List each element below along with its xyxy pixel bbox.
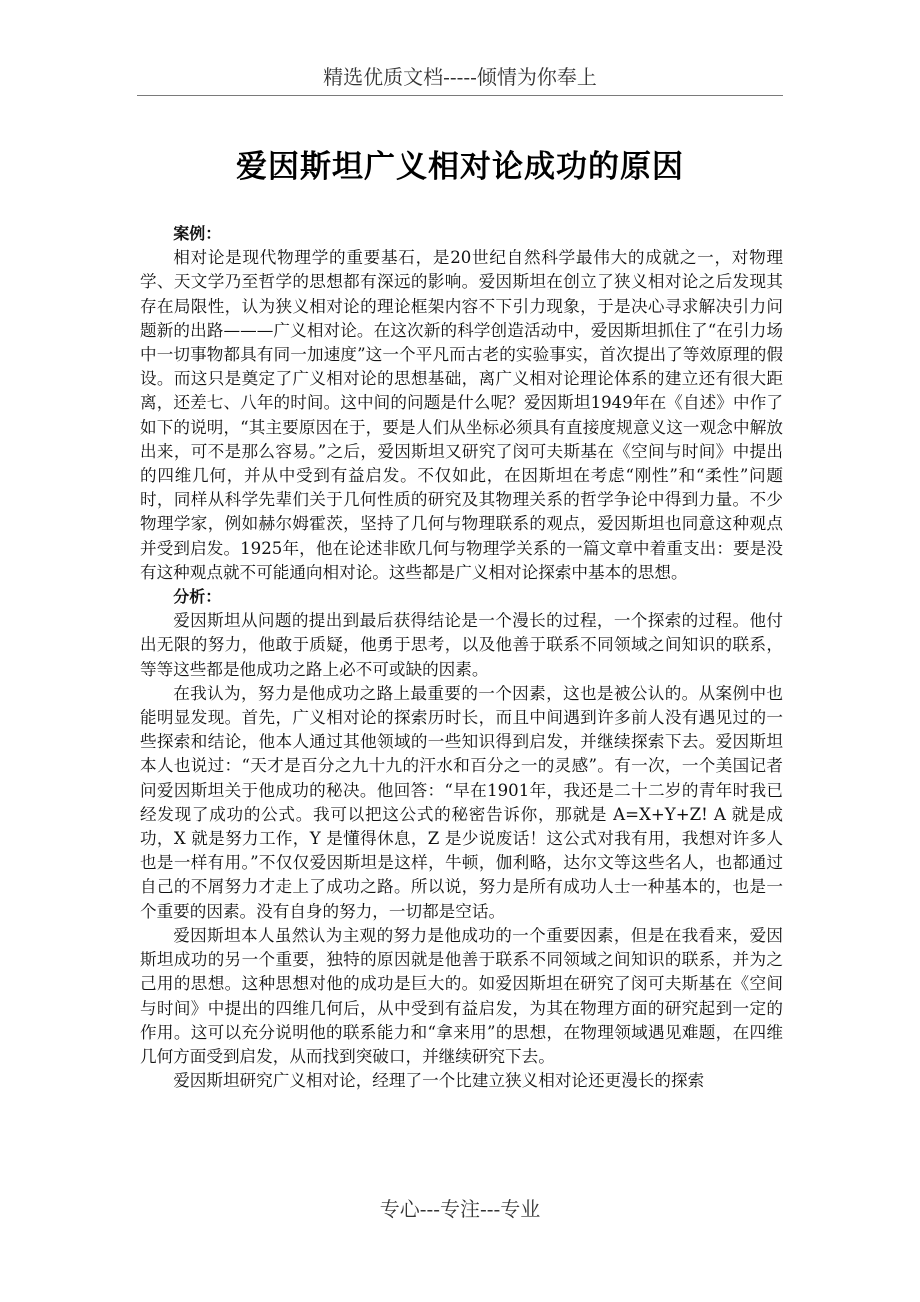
footer-text: 专心---专注---专业 [380,1197,541,1221]
document-body: 案例： 相对论是现代物理学的重要基石，是20世纪自然科学最伟大的成就之一，对物理… [140,222,783,1093]
section-label-analysis: 分析： [140,585,783,609]
page-footer: 专心---专注---专业 [0,1194,920,1224]
analysis-paragraph-4: 爱因斯坦研究广义相对论，经理了一个比建立狭义相对论还更漫长的探索 [140,1069,783,1093]
case-paragraph: 相对论是现代物理学的重要基石，是20世纪自然科学最伟大的成就之一，对物理学、天文… [140,246,783,585]
analysis-paragraph-3: 爱因斯坦本人虽然认为主观的努力是他成功的一个重要因素，但是在我看来，爱因斯坦成功… [140,924,783,1069]
analysis-paragraph-1: 爱因斯坦从问题的提出到最后获得结论是一个漫长的过程，一个探索的过程。他付出无限的… [140,609,783,682]
section-label-case: 案例： [140,222,783,246]
page-header: 精选优质文档-----倾情为你奉上 [137,62,783,96]
analysis-paragraph-2: 在我认为，努力是他成功之路上最重要的一个因素，这也是被公认的。从案例中也能明显发… [140,682,783,924]
header-text: 精选优质文档-----倾情为你奉上 [323,65,597,89]
document-title: 爱因斯坦广义相对论成功的原因 [0,145,920,189]
